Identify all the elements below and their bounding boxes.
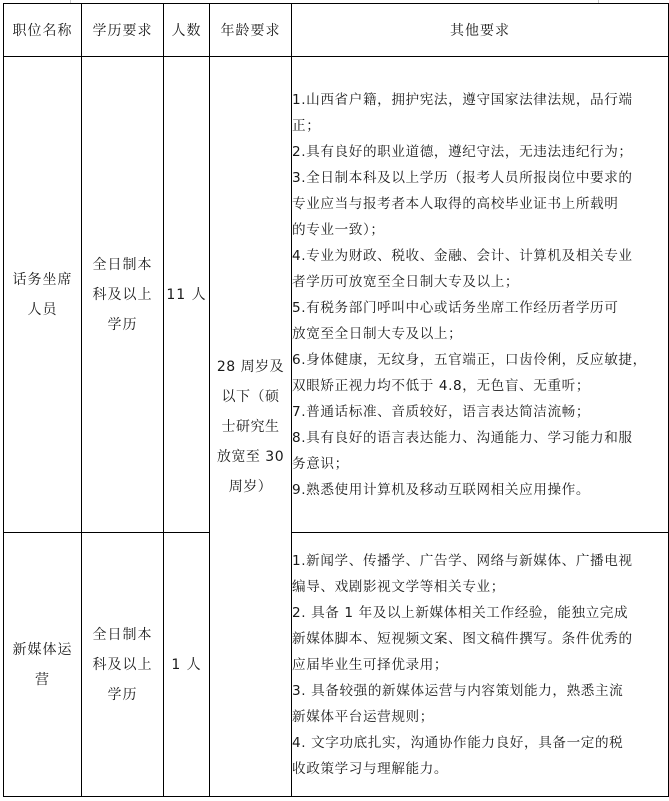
requirement-line: 2. 具备 1 年及以上新媒体相关工作经验，能独立完成 <box>292 600 668 626</box>
education-line: 学历 <box>82 310 163 340</box>
headcount-cell: 1 人 <box>164 533 210 797</box>
job-requirements-table: 职位名称 学历要求 人数 年龄要求 其他要求 话务坐席 人员 全日制本 科及以上… <box>3 3 669 797</box>
header-other-requirements: 其他要求 <box>292 4 669 57</box>
requirement-line: 7.普通话标准、音质较好，语言表达简洁流畅； <box>292 399 668 425</box>
requirement-line: 1.山西省户籍，拥护宪法，遵守国家法律法规，品行端 <box>292 87 668 113</box>
requirement-line: 5.有税务部门呼叫中心或话务坐席工作经历者学历可 <box>292 295 668 321</box>
education-line: 全日制本 <box>82 250 163 280</box>
requirement-line: 8.具有良好的语言表达能力、沟通能力、学习能力和服 <box>292 425 668 451</box>
position-name-line: 话务坐席 <box>4 265 81 295</box>
table-row: 话务坐席 人员 全日制本 科及以上 学历 11 人 28 周岁及 以下（硕 士研… <box>4 57 669 533</box>
age-line: 以下（硕 <box>210 382 291 412</box>
education-line: 科及以上 <box>82 280 163 310</box>
other-requirements-cell: 1.新闻学、传播学、广告学、网络与新媒体、广播电视 编导、戏剧影视文学等相关专业… <box>292 533 669 797</box>
requirement-line: 2.具有良好的职业道德，遵纪守法，无违法违纪行为； <box>292 139 668 165</box>
requirement-line: 6.身体健康，无纹身，五官端正，口齿伶俐，反应敏捷， <box>292 347 668 373</box>
table-row: 新媒体运 营 全日制本 科及以上 学历 1 人 1.新闻学、传播学、广告学、网络… <box>4 533 669 797</box>
other-requirements-cell: 1.山西省户籍，拥护宪法，遵守国家法律法规，品行端 正； 2.具有良好的职业道德… <box>292 57 669 533</box>
header-age: 年龄要求 <box>210 4 292 57</box>
headcount-cell: 11 人 <box>164 57 210 533</box>
requirement-line: 应届毕业生可择优录用； <box>292 652 668 678</box>
position-name-line: 营 <box>4 665 81 695</box>
requirement-line: 3.全日制本科及以上学历（报考人员所报岗位中要求的 <box>292 165 668 191</box>
requirement-line: 收政策学习与理解能力。 <box>292 756 668 782</box>
age-line: 放宽至 30 <box>210 442 291 472</box>
position-name-cell: 新媒体运 营 <box>4 533 82 797</box>
education-line: 科及以上 <box>82 650 163 680</box>
requirement-line: 新媒体脚本、短视频文案、图文稿件撰写。条件优秀的 <box>292 626 668 652</box>
requirement-line: 者学历可放宽至全日制大专及以上； <box>292 269 668 295</box>
requirement-line: 4. 文字功底扎实，沟通协作能力良好，具备一定的税 <box>292 730 668 756</box>
position-name-cell: 话务坐席 人员 <box>4 57 82 533</box>
requirement-line: 专业应当与报考者本人取得的高校毕业证书上所载明 <box>292 191 668 217</box>
requirement-line: 新媒体平台运营规则； <box>292 704 668 730</box>
age-requirement-cell: 28 周岁及 以下（硕 士研究生 放宽至 30 周岁） <box>210 57 292 797</box>
header-position-name: 职位名称 <box>4 4 82 57</box>
education-line: 全日制本 <box>82 620 163 650</box>
header-headcount: 人数 <box>164 4 210 57</box>
header-education: 学历要求 <box>82 4 164 57</box>
requirement-line: 9.熟悉使用计算机及移动互联网相关应用操作。 <box>292 477 668 503</box>
age-line: 士研究生 <box>210 412 291 442</box>
requirement-line: 务意识； <box>292 451 668 477</box>
requirement-line: 1.新闻学、传播学、广告学、网络与新媒体、广播电视 <box>292 548 668 574</box>
requirement-line: 4.专业为财政、税收、金融、会计、计算机及相关专业 <box>292 243 668 269</box>
requirement-line: 3. 具备较强的新媒体运营与内容策划能力，熟悉主流 <box>292 678 668 704</box>
requirement-line: 编导、戏剧影视文学等相关专业； <box>292 574 668 600</box>
age-line: 周岁） <box>210 472 291 502</box>
position-name-line: 人员 <box>4 295 81 325</box>
education-line: 学历 <box>82 680 163 710</box>
requirement-line: 的专业一致）； <box>292 217 668 243</box>
requirement-line: 双眼矫正视力均不低于 4.8，无色盲、无重听； <box>292 373 668 399</box>
requirement-line: 正； <box>292 113 668 139</box>
age-line: 28 周岁及 <box>210 352 291 382</box>
requirement-line: 放宽至全日制大专及以上； <box>292 321 668 347</box>
position-name-line: 新媒体运 <box>4 635 81 665</box>
education-cell: 全日制本 科及以上 学历 <box>82 533 164 797</box>
education-cell: 全日制本 科及以上 学历 <box>82 57 164 533</box>
header-row: 职位名称 学历要求 人数 年龄要求 其他要求 <box>4 4 669 57</box>
